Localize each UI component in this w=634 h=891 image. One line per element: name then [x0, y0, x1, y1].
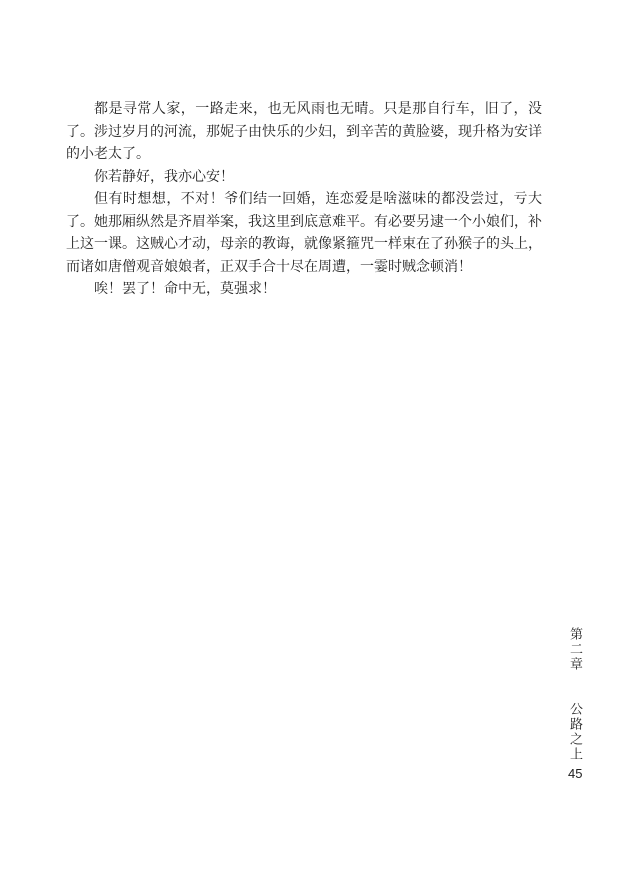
chapter-marker: 第二章 公路之上: [566, 627, 585, 787]
chapter-number-label: 第二章: [568, 627, 583, 672]
book-page: 都是寻常人家，一路走来，也无风雨也无晴。只是那自行车，旧了，没了。涉过岁月的河流…: [0, 0, 634, 891]
body-text: 都是寻常人家，一路走来，也无风雨也无晴。只是那自行车，旧了，没了。涉过岁月的河流…: [66, 99, 542, 302]
paragraph: 你若静好，我亦心安！: [66, 167, 542, 190]
page-number: 45: [568, 766, 582, 781]
chapter-title-label: 公路之上: [568, 702, 583, 762]
paragraph: 唉！罢了！命中无，莫强求！: [66, 279, 542, 302]
paragraph: 都是寻常人家，一路走来，也无风雨也无晴。只是那自行车，旧了，没了。涉过岁月的河流…: [66, 99, 542, 167]
paragraph: 但有时想想，不对！爷们结一回婚，连恋爱是啥滋味的都没尝过，亏大了。她那厢纵然是齐…: [66, 189, 542, 279]
